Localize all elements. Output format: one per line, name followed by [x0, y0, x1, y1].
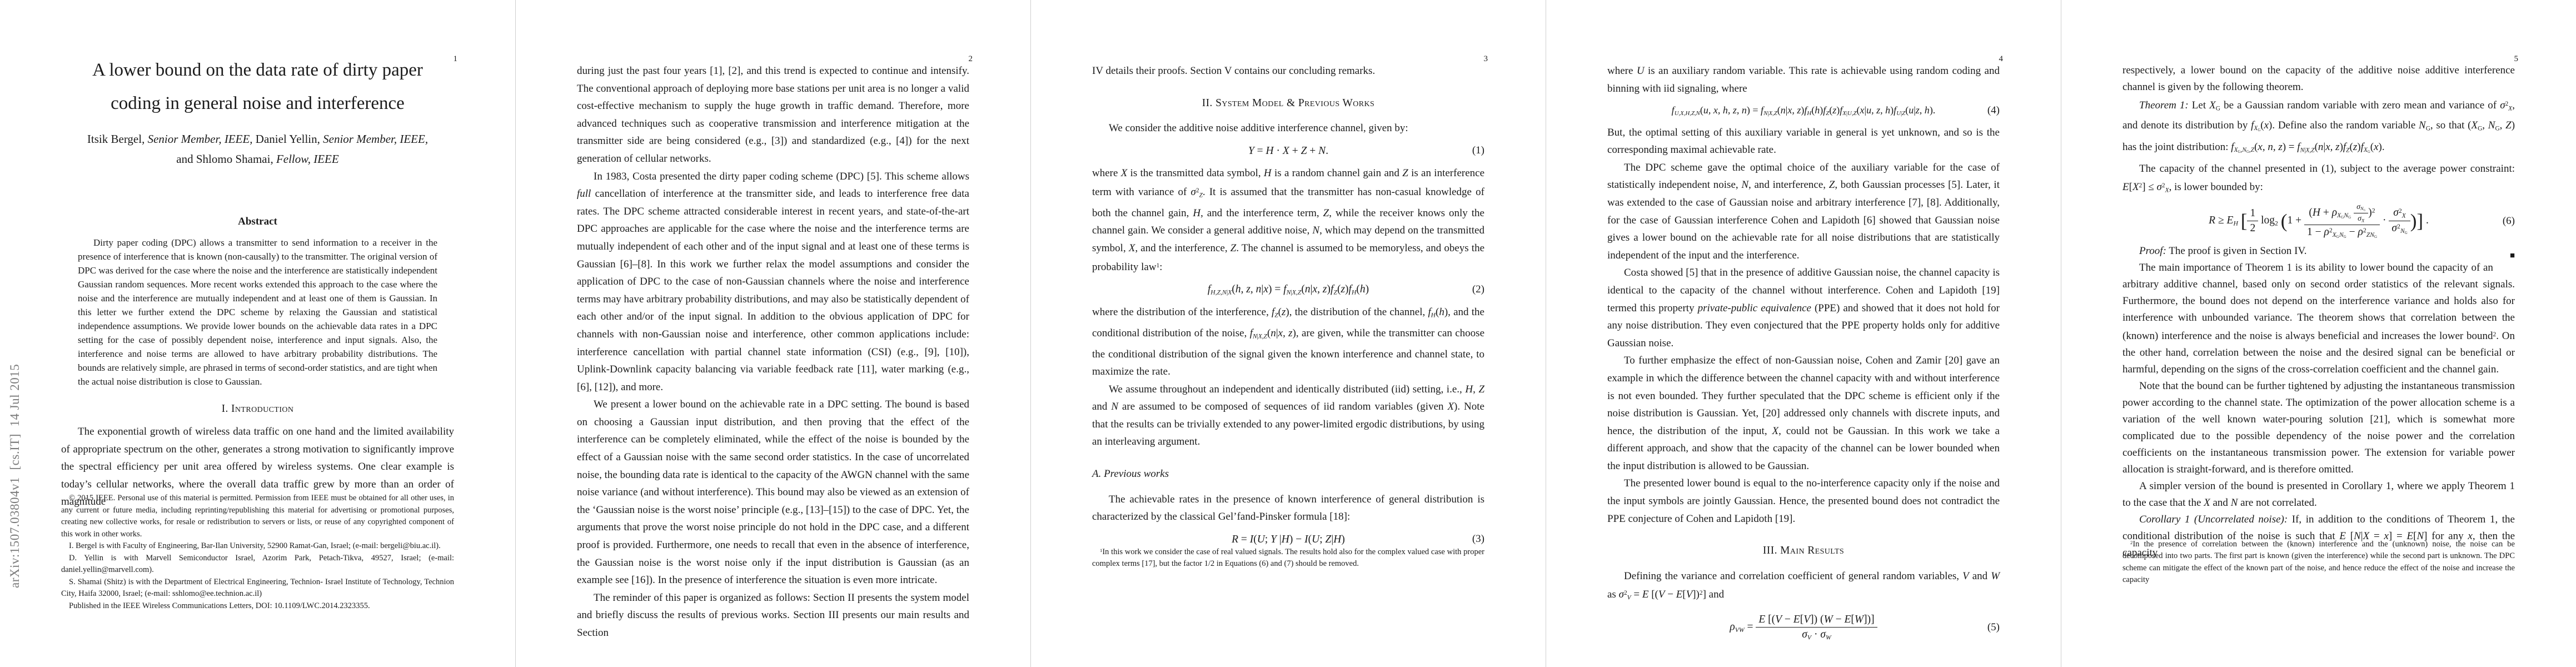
- abstract-text: Dirty paper coding (DPC) allows a transm…: [61, 236, 454, 389]
- equation-1: Y = H · X + Z + N. (1): [1092, 143, 1484, 159]
- page-body: during just the past four years [1], [2]…: [577, 62, 969, 642]
- footnotes: 1In this work we consider the case of re…: [1092, 545, 1484, 570]
- equation-4: fU,X,H,Z,N(u, x, h, z, n) = fN|X,Z(n|x, …: [1607, 103, 2000, 118]
- page-number: 2: [969, 54, 973, 64]
- paragraph: during just the past four years [1], [2]…: [577, 62, 969, 168]
- paragraph: where X is the transmitted data symbol, …: [1092, 165, 1484, 276]
- page-number: 5: [2514, 54, 2519, 64]
- equation-5: ρVW = E [(V − E[V]) (W − E[W])]σV · σW (…: [1607, 613, 2000, 643]
- authors-line-1: Itsik Bergel, Senior Member, IEEE, Danie…: [61, 129, 454, 149]
- authors-line-2: and Shlomo Shamai, Fellow, IEEE: [61, 149, 454, 169]
- page-3: 3 IV details their proofs. Section V con…: [1030, 0, 1546, 667]
- paragraph: The DPC scheme gave the optimal choice o…: [1607, 159, 2000, 265]
- equation-body: Y = H · X + Z + N.: [1092, 143, 1484, 159]
- page-body: where U is an auxiliary random variable.…: [1607, 62, 2000, 642]
- equation-number: (6): [2503, 213, 2515, 230]
- footnote-copyright: © 2015 IEEE. Personal use of this materi…: [61, 492, 454, 540]
- equation-body: ρVW = E [(V − E[V]) (W − E[W])]σV · σW: [1607, 613, 2000, 643]
- paragraph: The achievable rates in the presence of …: [1092, 491, 1484, 526]
- authors: Itsik Bergel, Senior Member, IEEE, Danie…: [61, 129, 454, 169]
- paragraph: The capacity of the channel presented in…: [2122, 161, 2515, 199]
- section-heading-main-results: III. Main Results: [1607, 542, 2000, 560]
- paper-title-line-2: coding in general noise and interference: [61, 87, 454, 120]
- footnote-shamai-affiliation: S. Shamai (Shitz) is with the Department…: [61, 576, 454, 600]
- paragraph: respectively, a lower bound on the capac…: [2122, 62, 2515, 96]
- footnote-yellin-affiliation: D. Yellin is with Marvell Semiconductor …: [61, 552, 454, 576]
- footnote-bergel-affiliation: I. Bergel is with Faculty of Engineering…: [61, 540, 454, 552]
- page-5: 5 respectively, a lower bound on the cap…: [2061, 0, 2576, 667]
- paper-title-line-1: A lower bound on the data rate of dirty …: [61, 53, 454, 87]
- section-heading-introduction: I. Introduction: [61, 403, 454, 415]
- paragraph: The main importance of Theorem 1 is its …: [2122, 260, 2515, 378]
- equation-body: R ≥ EH [12 log2 (1 + (H + ρXGNG σNGσX)21…: [2122, 202, 2515, 240]
- section-heading-system-model: II. System Model & Previous Works: [1092, 94, 1484, 112]
- equation-number: (2): [1472, 281, 1484, 298]
- paragraph: IV details their proofs. Section V conta…: [1092, 62, 1484, 80]
- page-1: arXiv:1507.03804v1 [cs.IT] 14 Jul 2015 1…: [0, 0, 515, 667]
- paragraph: We assume throughout an independent and …: [1092, 381, 1484, 451]
- equation-body: fU,X,H,Z,N(u, x, h, z, n) = fN|X,Z(n|x, …: [1607, 103, 2000, 118]
- equation-6: R ≥ EH [12 log2 (1 + (H + ρXGNG σNGσX)21…: [2122, 202, 2515, 240]
- footnote-1: 1In this work we consider the case of re…: [1092, 545, 1484, 570]
- paragraph: A simpler version of the bound is presen…: [2122, 478, 2515, 511]
- paragraph: To further emphasize the effect of non-G…: [1607, 352, 2000, 475]
- paragraph: We present a lower bound on the achievab…: [577, 396, 969, 589]
- paragraph: Costa showed [5] that in the presence of…: [1607, 264, 2000, 352]
- paragraph: In 1983, Costa presented the dirty paper…: [577, 168, 969, 396]
- footnotes: © 2015 IEEE. Personal use of this materi…: [61, 492, 454, 612]
- equation-body: fH,Z,N|X(h, z, n|x) = fN|X,Z(n|x, z)fZ(z…: [1092, 281, 1484, 297]
- footnote-2: 2In the presence of correlation between …: [2122, 537, 2515, 586]
- abstract-heading: Abstract: [61, 216, 454, 228]
- paragraph: where U is an auxiliary random variable.…: [1607, 62, 2000, 97]
- page-number: 3: [1484, 54, 1488, 64]
- page-number: 4: [1999, 54, 2004, 64]
- paragraph-proof: Proof: The proof is given in Section IV.…: [2122, 243, 2515, 260]
- page-4: 4 where U is an auxiliary random variabl…: [1546, 0, 2061, 667]
- footnote-published-doi: Published in the IEEE Wireless Communica…: [61, 600, 454, 613]
- paragraph: We consider the additive noise additive …: [1092, 120, 1484, 137]
- paragraph: The reminder of this paper is organized …: [577, 589, 969, 642]
- document-canvas: arXiv:1507.03804v1 [cs.IT] 14 Jul 2015 1…: [0, 0, 2576, 667]
- paper-title: A lower bound on the data rate of dirty …: [61, 53, 454, 120]
- paragraph-theorem-1: Theorem 1: Let XG be a Gaussian random v…: [2122, 96, 2515, 161]
- equation-number: (4): [1987, 102, 2000, 120]
- paragraph: where the distribution of the interferen…: [1092, 303, 1484, 381]
- page-number: 1: [454, 54, 458, 64]
- footnotes: 2In the presence of correlation between …: [2122, 537, 2515, 586]
- equation-number: (5): [1987, 619, 2000, 636]
- paragraph: But, the optimal setting of this auxilia…: [1607, 124, 2000, 159]
- proof-text: Proof: The proof is given in Section IV.: [2139, 245, 2307, 257]
- equation-number: (1): [1472, 142, 1484, 160]
- page-body: IV details their proofs. Section V conta…: [1092, 62, 1484, 547]
- page-2: 2 during just the past four years [1], […: [515, 0, 1030, 667]
- page-body: respectively, a lower bound on the capac…: [2122, 62, 2515, 561]
- qed-square: ■: [2493, 247, 2515, 264]
- equation-2: fH,Z,N|X(h, z, n|x) = fN|X,Z(n|x, z)fZ(z…: [1092, 281, 1484, 297]
- paragraph: Defining the variance and correlation co…: [1607, 568, 2000, 608]
- subsection-heading-previous-works: A. Previous works: [1092, 465, 1484, 483]
- arxiv-watermark: arXiv:1507.03804v1 [cs.IT] 14 Jul 2015: [8, 364, 22, 588]
- paragraph: Note that the bound can be further tight…: [2122, 378, 2515, 478]
- paragraph: The presented lower bound is equal to th…: [1607, 475, 2000, 527]
